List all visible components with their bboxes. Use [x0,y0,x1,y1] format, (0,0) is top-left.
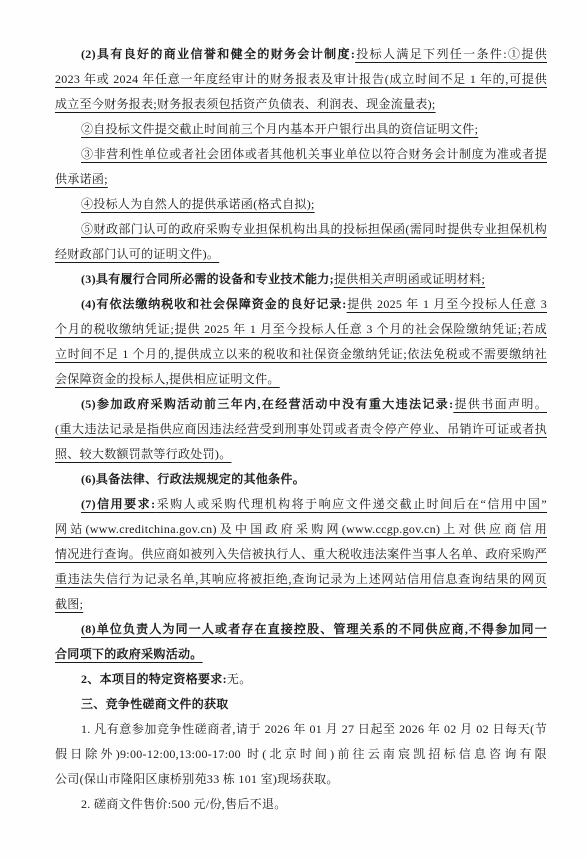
text-line: 成立至今财务报表;财务报表须包括资产负债表、利润表、现金流量表); [55,92,547,117]
document-page: (2)具有良好的商业信誉和健全的财务会计制度:投标人满足下列任一条件:①提供20… [0,0,587,860]
text-segment: 三、竞争性磋商文件的获取 [81,697,229,711]
text-segment: ⑤财政部门认可的政府采购专业担保机构出具的投标担保函(需同时提供专业担保机构 [81,222,547,236]
text-segment: 1. 凡有意参加竞争性磋商者,请于 2026 年 01 月 27 日起至 202… [81,722,547,736]
text-segment: 投标人满足下列任一条件:①提供 [355,47,547,61]
text-line: 2、本项目的特定资格要求:无。 [55,667,547,692]
text-line: 截图; [55,592,547,617]
text-segment: ③非营利性单位或者社会团体或者其他机关事业单位以符合财务会计制度为准或者提 [81,147,547,161]
text-line: 网站(www.creditchina.gov.cn)及中国政府采购网(www.c… [55,517,547,542]
text-line: (7)信用要求:采购人或采购代理机构将于响应文件递交截止时间后在“信用中国” [55,492,547,517]
text-segment: 合同项下的政府采购活动。 [55,647,203,661]
text-segment: 2. 磋商文件售价:500 元/份,售后不退。 [81,797,287,811]
text-segment: (4)有依法缴纳税收和社会保障资金的良好记录: [81,297,347,311]
text-segment: 供承诺函; [55,172,108,186]
text-line: 会保障资金的投标人,提供相应证明文件。 [55,367,547,392]
text-segment: 2023 年或 2024 年任意一年度经审计的财务报表及审计报告(成立时间不足 … [55,72,547,86]
text-segment: (7)信用要求: [81,497,155,511]
text-segment: 无。 [227,672,252,686]
text-segment: 截图; [55,597,83,611]
text-line: (3)具有履行合同所必需的设备和专业技术能力;提供相关声明函或证明材料; [55,267,547,292]
text-segment: (2)具有良好的商业信誉和健全的财务会计制度: [81,47,355,61]
text-line: 照、较大数额罚款等行政处罚)。 [55,442,547,467]
text-line: 供承诺函; [55,167,547,192]
text-line: 假日除外)9:00-12:00,13:00-17:00 时(北京时间)前往云南宸… [55,742,547,767]
text-line: 公司(保山市隆阳区康桥别苑33 栋 101 室)现场获取。 [55,767,547,792]
text-segment: (重大违法记录是指供应商因违法经营受到刑事处罚或者责令停产停业、吊销许可证或者执 [55,422,547,436]
text-line: ④投标人为自然人的提供承诺函(格式自拟); [55,192,547,217]
text-line: 2. 磋商文件售价:500 元/份,售后不退。 [55,792,547,817]
text-line: 重违法失信行为记录名单,其响应将被拒绝,查询记录为上述网站信用信息查询结果的网页 [55,567,547,592]
text-line: (重大违法记录是指供应商因违法经营受到刑事处罚或者责令停产停业、吊销许可证或者执 [55,417,547,442]
text-line: (5)参加政府采购活动前三年内,在经营活动中没有重大违法记录:提供书面声明。 [55,392,547,417]
text-line: (8)单位负责人为同一人或者存在直接控股、管理关系的不同供应商,不得参加同一 [55,617,547,642]
text-segment: 提供相关声明函或证明材料; [334,272,485,286]
text-line: 经财政部门认可的证明文件)。 [55,242,547,267]
text-segment: 提供书面声明。 [453,397,547,411]
text-line: (2)具有良好的商业信誉和健全的财务会计制度:投标人满足下列任一条件:①提供 [55,42,547,67]
text-line: 1. 凡有意参加竞争性磋商者,请于 2026 年 01 月 27 日起至 202… [55,717,547,742]
text-line: 2023 年或 2024 年任意一年度经审计的财务报表及审计报告(成立时间不足 … [55,67,547,92]
text-segment: (6)具备法律、行政法规规定的其他条件。 [81,472,305,486]
text-line: (4)有依法缴纳税收和社会保障资金的良好记录:提供 2025 年 1 月至今投标… [55,292,547,317]
text-segment: 公司(保山市隆阳区康桥别苑33 栋 101 室)现场获取。 [55,772,339,786]
text-segment: (3)具有履行合同所必需的设备和专业技术能力; [81,272,334,286]
text-segment: (8)单位负责人为同一人或者存在直接控股、管理关系的不同供应商,不得参加同一 [81,622,547,636]
text-segment: 照、较大数额罚款等行政处罚)。 [55,447,232,461]
text-segment: (5)参加政府采购活动前三年内,在经营活动中没有重大违法记录: [81,397,453,411]
text-segment: 情况进行查询。供应商如被列入失信被执行人、重大税收违法案件当事人名单、政府采购严 [55,547,547,561]
text-segment: 成立至今财务报表;财务报表须包括资产负债表、利润表、现金流量表); [55,97,436,111]
text-segment: 网站(www.creditchina.gov.cn)及中国政府采购网(www.c… [55,522,547,536]
text-line: ③非营利性单位或者社会团体或者其他机关事业单位以符合财务会计制度为准或者提 [55,142,547,167]
text-segment: 个月的税收缴纳凭证;提供 2025 年 1 月至今投标人任意 3 个月的社会保险… [55,322,547,336]
text-segment: 采购人或采购代理机构将于响应文件递交截止时间后在“信用中国” [155,497,547,511]
text-segment: 立时间不足 1 个月的,提供成立以来的税收和社保资金缴纳凭证;依法免税或不需要缴… [55,347,547,361]
text-line: 个月的税收缴纳凭证;提供 2025 年 1 月至今投标人任意 3 个月的社会保险… [55,317,547,342]
text-line: ②自投标文件提交截止时间前三个月内基本开户银行出具的资信证明文件; [55,117,547,142]
document-content: (2)具有良好的商业信誉和健全的财务会计制度:投标人满足下列任一条件:①提供20… [55,42,547,817]
text-line: 情况进行查询。供应商如被列入失信被执行人、重大税收违法案件当事人名单、政府采购严 [55,542,547,567]
text-line: 合同项下的政府采购活动。 [55,642,547,667]
text-segment: 假日除外)9:00-12:00,13:00-17:00 时(北京时间)前往云南宸… [55,747,547,761]
text-segment: 会保障资金的投标人,提供相应证明文件。 [55,372,280,386]
text-segment: 提供 2025 年 1 月至今投标人任意 3 [347,297,547,311]
text-segment: 重违法失信行为记录名单,其响应将被拒绝,查询记录为上述网站信用信息查询结果的网页 [55,572,547,586]
text-segment: ④投标人为自然人的提供承诺函(格式自拟); [81,197,315,211]
text-segment: ②自投标文件提交截止时间前三个月内基本开户银行出具的资信证明文件; [81,122,478,136]
text-line: 三、竞争性磋商文件的获取 [55,692,547,717]
text-line: (6)具备法律、行政法规规定的其他条件。 [55,467,547,492]
text-line: ⑤财政部门认可的政府采购专业担保机构出具的投标担保函(需同时提供专业担保机构 [55,217,547,242]
text-segment: 2、本项目的特定资格要求: [81,672,227,686]
text-line: 立时间不足 1 个月的,提供成立以来的税收和社保资金缴纳凭证;依法免税或不需要缴… [55,342,547,367]
text-segment: 经财政部门认可的证明文件)。 [55,247,219,261]
